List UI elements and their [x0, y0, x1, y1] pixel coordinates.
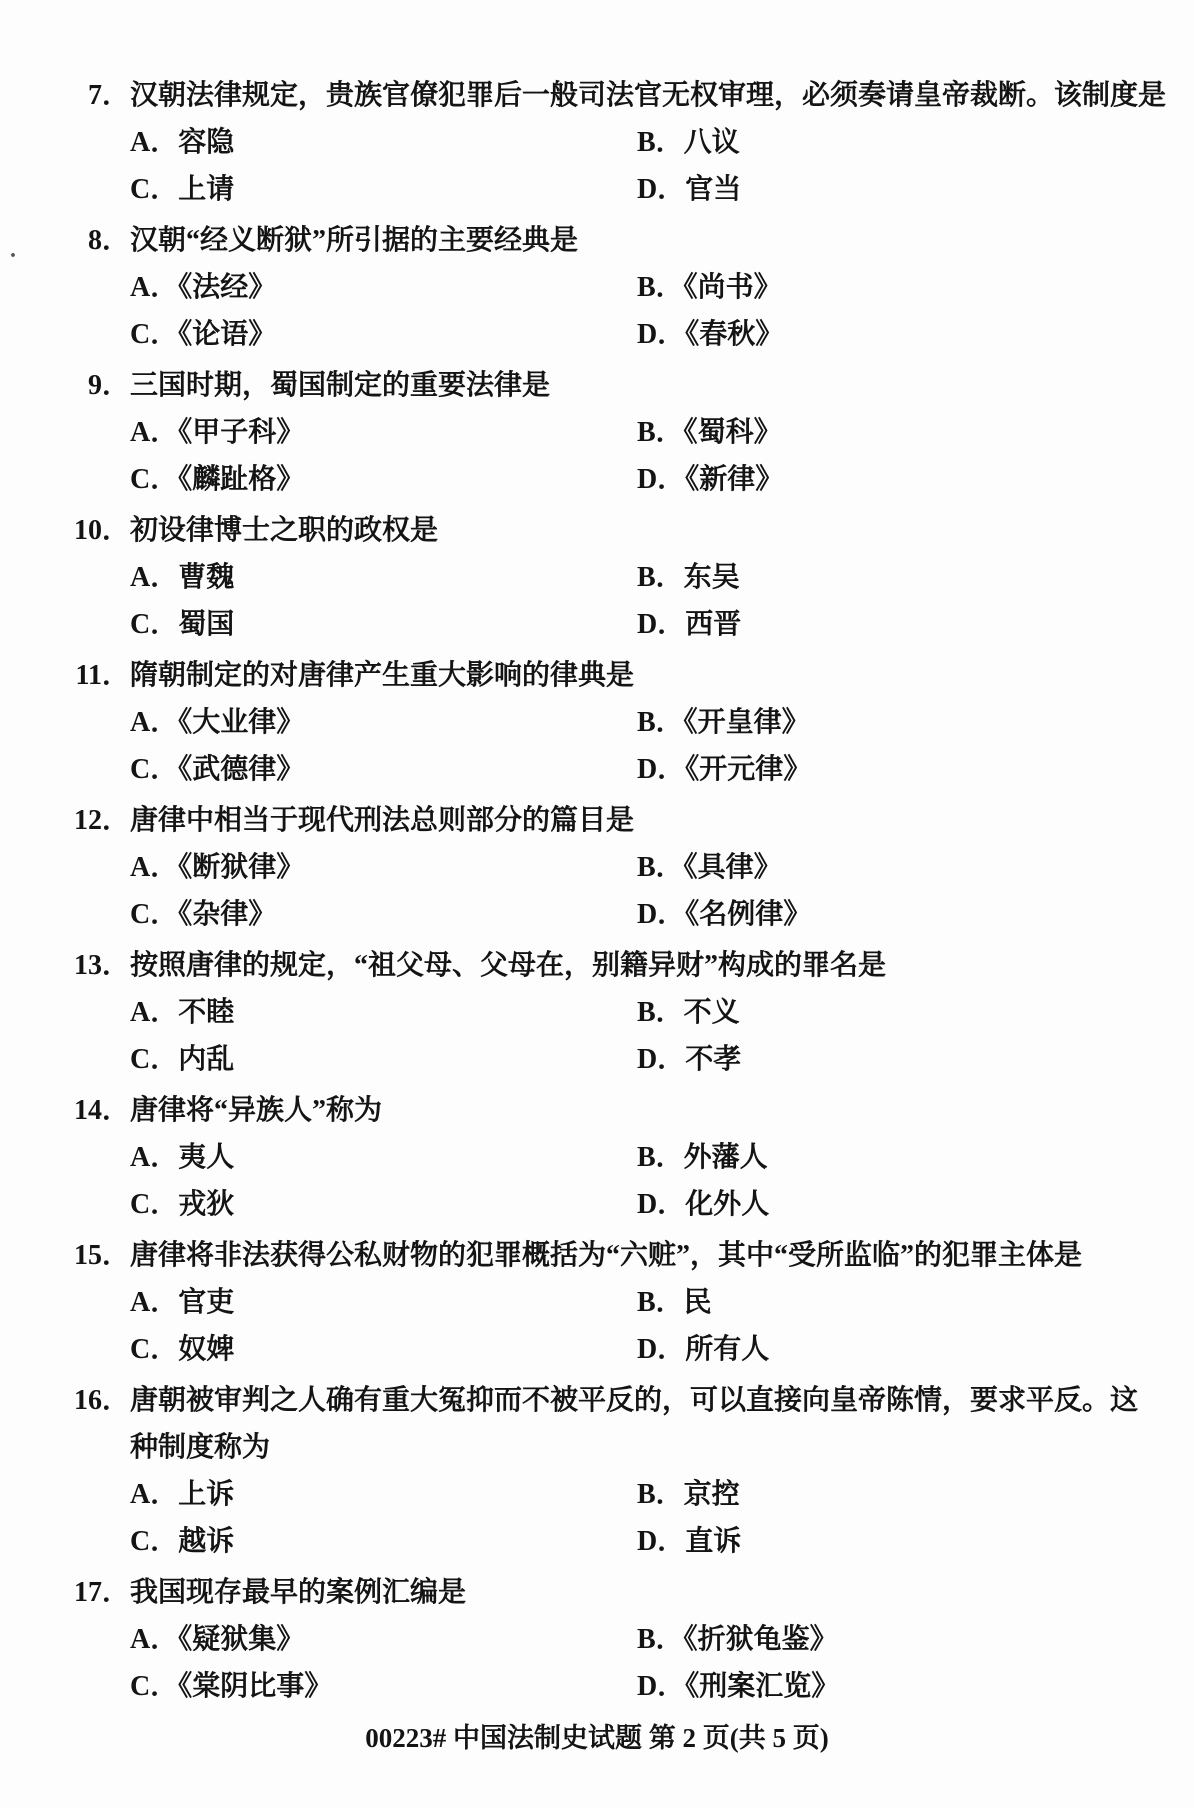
question: 12． 唐律中相当于现代刑法总则部分的篇目是 A．《断狱律》B．《具律》C．《杂… [0, 797, 1194, 938]
answer-option: D．直诉 [637, 1518, 1194, 1565]
answer-option: A．《法经》 [130, 264, 637, 311]
question-stem-row: 13． 按照唐律的规定，“祖父母、父母在，别籍异财”构成的罪名是 [0, 942, 1194, 989]
question-stem-row: 7． 汉朝法律规定，贵族官僚犯罪后一般司法官无权审理，必须奏请皇帝裁断。该制度是 [0, 72, 1194, 119]
question-stem-row: 16． 唐朝被审判之人确有重大冤抑而不被平反的，可以直接向皇帝陈情，要求平反。这… [0, 1377, 1194, 1471]
question-number: 13． [0, 942, 130, 989]
answer-option: C．《杂律》 [130, 891, 637, 938]
answer-option: C．《麟趾格》 [130, 456, 637, 503]
answer-option: A．《甲子科》 [130, 409, 637, 456]
question-options: A．《甲子科》B．《蜀科》C．《麟趾格》D．《新律》 [130, 409, 1194, 503]
answer-option: B．八议 [637, 119, 1194, 166]
question: 17． 我国现存最早的案例汇编是 A．《疑狱集》B．《折狱龟鉴》C．《棠阴比事》… [0, 1569, 1194, 1710]
answer-option: D．《名例律》 [637, 891, 1194, 938]
answer-option: C．上请 [130, 166, 637, 213]
answer-option: B．外藩人 [637, 1134, 1194, 1181]
answer-option: C．蜀国 [130, 601, 637, 648]
question-stem: 按照唐律的规定，“祖父母、父母在，别籍异财”构成的罪名是 [130, 942, 1194, 989]
question-list: 7． 汉朝法律规定，贵族官僚犯罪后一般司法官无权审理，必须奏请皇帝裁断。该制度是… [0, 72, 1194, 1710]
question-stem-row: 12． 唐律中相当于现代刑法总则部分的篇目是 [0, 797, 1194, 844]
answer-option: D．不孝 [637, 1036, 1194, 1083]
question-stem-row: 9． 三国时期，蜀国制定的重要法律是 [0, 362, 1194, 409]
question-options: A．容隐B．八议C．上请D．官当 [130, 119, 1194, 213]
scan-artifact-dot: . [10, 238, 16, 262]
answer-option: C．《武德律》 [130, 746, 637, 793]
question-number: 12． [0, 797, 130, 844]
question: 13． 按照唐律的规定，“祖父母、父母在，别籍异财”构成的罪名是 A．不睦B．不… [0, 942, 1194, 1083]
question-stem: 唐律中相当于现代刑法总则部分的篇目是 [130, 797, 1194, 844]
question-number: 17． [0, 1569, 130, 1616]
answer-option: D．《刑案汇览》 [637, 1663, 1194, 1710]
answer-option: D．化外人 [637, 1181, 1194, 1228]
answer-option: B．《具律》 [637, 844, 1194, 891]
question-options: A．夷人B．外藩人C．戎狄D．化外人 [130, 1134, 1194, 1228]
question-stem: 唐律将非法获得公私财物的犯罪概括为“六赃”，其中“受所监临”的犯罪主体是 [130, 1232, 1194, 1279]
question-stem-row: 8． 汉朝“经义断狱”所引据的主要经典是 [0, 217, 1194, 264]
question-number: 15． [0, 1232, 130, 1279]
question: 7． 汉朝法律规定，贵族官僚犯罪后一般司法官无权审理，必须奏请皇帝裁断。该制度是… [0, 72, 1194, 213]
question-stem: 我国现存最早的案例汇编是 [130, 1569, 1194, 1616]
answer-option: C．奴婢 [130, 1326, 637, 1373]
question-number: 14． [0, 1087, 130, 1134]
answer-option: A．上诉 [130, 1471, 637, 1518]
question-number: 7． [0, 72, 130, 119]
question-stem-row: 14． 唐律将“异族人”称为 [0, 1087, 1194, 1134]
question: 15． 唐律将非法获得公私财物的犯罪概括为“六赃”，其中“受所监临”的犯罪主体是… [0, 1232, 1194, 1373]
answer-option: D．《春秋》 [637, 311, 1194, 358]
question-stem-row: 17． 我国现存最早的案例汇编是 [0, 1569, 1194, 1616]
question-stem: 汉朝“经义断狱”所引据的主要经典是 [130, 217, 1194, 264]
question: 14． 唐律将“异族人”称为 A．夷人B．外藩人C．戎狄D．化外人 [0, 1087, 1194, 1228]
answer-option: B．《开皇律》 [637, 699, 1194, 746]
answer-option: A．《断狱律》 [130, 844, 637, 891]
answer-option: B．《折狱龟鉴》 [637, 1616, 1194, 1663]
answer-option: B．民 [637, 1279, 1194, 1326]
question: 8． 汉朝“经义断狱”所引据的主要经典是 A．《法经》B．《尚书》C．《论语》D… [0, 217, 1194, 358]
answer-option: C．越诉 [130, 1518, 637, 1565]
question: 10． 初设律博士之职的政权是 A．曹魏B．东吴C．蜀国D．西晋 [0, 507, 1194, 648]
question-stem: 唐朝被审判之人确有重大冤抑而不被平反的，可以直接向皇帝陈情，要求平反。这 种制度… [130, 1377, 1194, 1471]
question-stem: 汉朝法律规定，贵族官僚犯罪后一般司法官无权审理，必须奏请皇帝裁断。该制度是 [130, 72, 1194, 119]
question-options: A．上诉B．京控C．越诉D．直诉 [130, 1471, 1194, 1565]
question-options: A．不睦B．不义C．内乱D．不孝 [130, 989, 1194, 1083]
question: 16． 唐朝被审判之人确有重大冤抑而不被平反的，可以直接向皇帝陈情，要求平反。这… [0, 1377, 1194, 1565]
exam-page: . 7． 汉朝法律规定，贵族官僚犯罪后一般司法官无权审理，必须奏请皇帝裁断。该制… [0, 0, 1194, 1808]
answer-option: C．戎狄 [130, 1181, 637, 1228]
question-options: A．《疑狱集》B．《折狱龟鉴》C．《棠阴比事》D．《刑案汇览》 [130, 1616, 1194, 1710]
page-footer: 00223# 中国法制史试题 第 2 页(共 5 页) [0, 1718, 1194, 1758]
question-options: A．《法经》B．《尚书》C．《论语》D．《春秋》 [130, 264, 1194, 358]
question-stem-row: 10． 初设律博士之职的政权是 [0, 507, 1194, 554]
answer-option: A．《大业律》 [130, 699, 637, 746]
answer-option: C．内乱 [130, 1036, 637, 1083]
answer-option: B．《尚书》 [637, 264, 1194, 311]
answer-option: B．京控 [637, 1471, 1194, 1518]
answer-option: D．西晋 [637, 601, 1194, 648]
question-stem: 初设律博士之职的政权是 [130, 507, 1194, 554]
question-stem-row: 15． 唐律将非法获得公私财物的犯罪概括为“六赃”，其中“受所监临”的犯罪主体是 [0, 1232, 1194, 1279]
question-stem: 隋朝制定的对唐律产生重大影响的律典是 [130, 652, 1194, 699]
answer-option: B．《蜀科》 [637, 409, 1194, 456]
answer-option: D．《开元律》 [637, 746, 1194, 793]
answer-option: A．《疑狱集》 [130, 1616, 637, 1663]
question: 11． 隋朝制定的对唐律产生重大影响的律典是 A．《大业律》B．《开皇律》C．《… [0, 652, 1194, 793]
question: 9． 三国时期，蜀国制定的重要法律是 A．《甲子科》B．《蜀科》C．《麟趾格》D… [0, 362, 1194, 503]
answer-option: C．《棠阴比事》 [130, 1663, 637, 1710]
answer-option: D．官当 [637, 166, 1194, 213]
answer-option: A．官吏 [130, 1279, 637, 1326]
answer-option: A．容隐 [130, 119, 637, 166]
answer-option: A．曹魏 [130, 554, 637, 601]
answer-option: D．《新律》 [637, 456, 1194, 503]
question-stem: 唐律将“异族人”称为 [130, 1087, 1194, 1134]
question-number: 16． [0, 1377, 130, 1471]
question-number: 10． [0, 507, 130, 554]
question-options: A．曹魏B．东吴C．蜀国D．西晋 [130, 554, 1194, 648]
answer-option: A．不睦 [130, 989, 637, 1036]
answer-option: D．所有人 [637, 1326, 1194, 1373]
question-number: 8． [0, 217, 130, 264]
answer-option: B．不义 [637, 989, 1194, 1036]
question-options: A．官吏B．民C．奴婢D．所有人 [130, 1279, 1194, 1373]
answer-option: C．《论语》 [130, 311, 637, 358]
question-number: 9． [0, 362, 130, 409]
question-stem-row: 11． 隋朝制定的对唐律产生重大影响的律典是 [0, 652, 1194, 699]
question-options: A．《断狱律》B．《具律》C．《杂律》D．《名例律》 [130, 844, 1194, 938]
answer-option: A．夷人 [130, 1134, 637, 1181]
answer-option: B．东吴 [637, 554, 1194, 601]
question-options: A．《大业律》B．《开皇律》C．《武德律》D．《开元律》 [130, 699, 1194, 793]
question-number: 11． [0, 652, 130, 699]
question-stem: 三国时期，蜀国制定的重要法律是 [130, 362, 1194, 409]
